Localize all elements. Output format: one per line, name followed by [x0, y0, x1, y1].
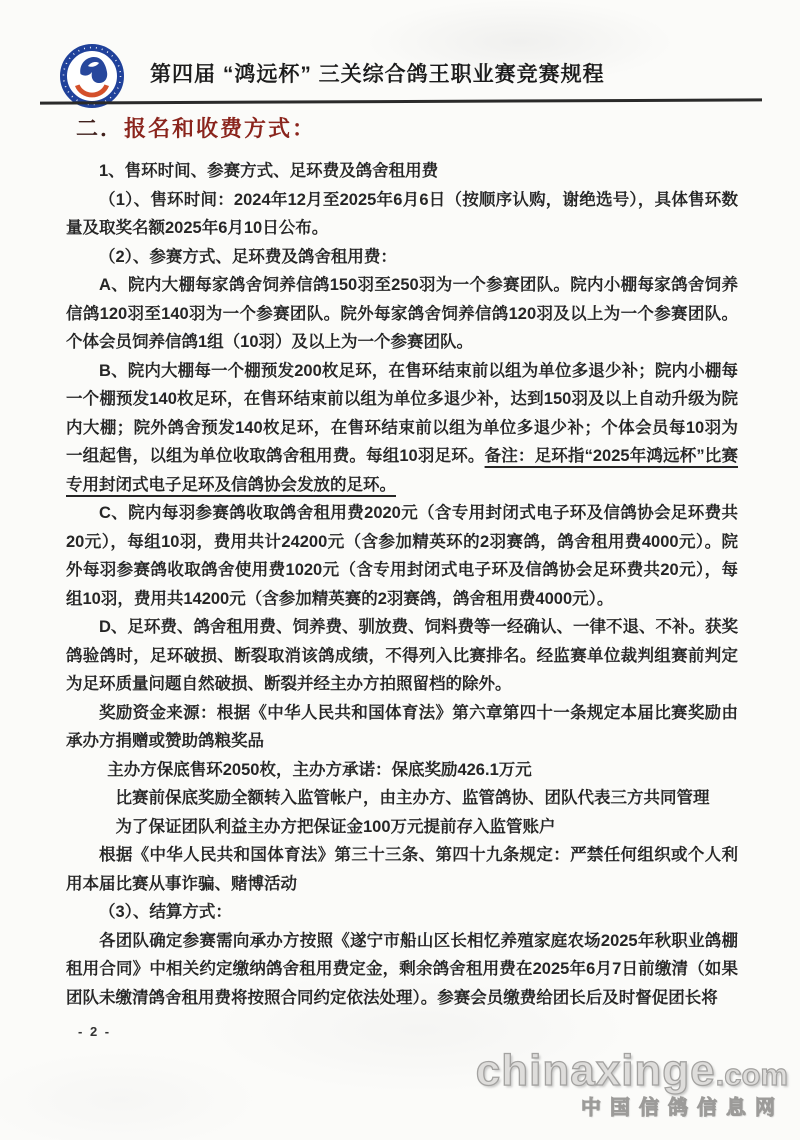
page-title: 第四届 “鸿远杯” 三关综合鸽王职业赛竞赛规程	[150, 58, 605, 88]
paragraph: 为了保证团队利益主办方把保证金100万元提前存入监管账户	[66, 813, 738, 842]
paragraph: （2）、参赛方式、足环费及鸽舍租用费：	[66, 243, 738, 272]
paragraph: 主办方保底售环2050枚，主办方承诺：保底奖励426.1万元	[66, 756, 738, 785]
section-number: 二．	[76, 116, 124, 141]
header-divider	[40, 98, 762, 104]
watermark: chinaxinge.com 中国信鸽信息网	[476, 1048, 788, 1119]
paragraph: B、院内大棚每一个棚预发200枚足环，在售环结束前以组为单位多退少补；院内小棚每…	[66, 357, 738, 500]
section-heading: 二．报名和收费方式：	[76, 112, 738, 143]
paragraph: 各团队确定参赛需向承办方按照《遂宁市船山区长相忆养殖家庭农场2025年秋职业鸽棚…	[66, 927, 738, 1013]
paragraph: A、院内大棚每家鸽舍饲养信鸽150羽至250羽为一个参赛团队。院内小棚每家鸽舍饲…	[66, 271, 738, 357]
paragraph: C、院内每羽参赛鸽收取鸽舍租用费2020元（含专用封闭式电子环及信鸽协会足环费共…	[66, 499, 738, 613]
paragraph: 1、售环时间、参赛方式、足环费及鸽舍租用费	[66, 157, 738, 186]
section-title: 报名和收费方式：	[124, 116, 316, 141]
document-content: 二．报名和收费方式： 1、售环时间、参赛方式、足环费及鸽舍租用费（1）、售环时间…	[66, 112, 738, 1012]
paragraph: 奖励资金来源：根据《中华人民共和国体育法》第六章第四十一条规定本届比赛奖励由承办…	[66, 699, 738, 756]
body-text: 1、售环时间、参赛方式、足环费及鸽舍租用费（1）、售环时间：2024年12月至2…	[66, 157, 738, 1012]
watermark-site: chinaxinge.com	[476, 1048, 788, 1094]
paragraph: D、足环费、鸽舍租用费、饲养费、驯放费、饲料费等一经确认、一律不退、不补。获奖鸽…	[66, 613, 738, 699]
paragraph: 比赛前保底奖励全额转入监管帐户，由主办方、监管鸽协、团队代表三方共同管理	[66, 784, 738, 813]
paragraph: （3）、结算方式：	[66, 898, 738, 927]
paragraph: 根据《中华人民共和国体育法》第三十三条、第四十九条规定：严禁任何组织或个人利用本…	[66, 841, 738, 898]
page-number: - 2 -	[78, 1024, 111, 1039]
watermark-caption: 中国信鸽信息网	[476, 1098, 784, 1119]
emphasized-note: 备注：足环指“2025年鸿远杯”比赛专用封闭式电子足环及信鸽协会发放的足环。	[66, 447, 738, 494]
page-header: 第四届 “鸿远杯” 三关综合鸽王职业赛竞赛规程	[58, 44, 766, 98]
paragraph: （1）、售环时间：2024年12月至2025年6月6日（按顺序认购，谢绝选号），…	[66, 186, 738, 243]
club-logo	[60, 44, 124, 108]
